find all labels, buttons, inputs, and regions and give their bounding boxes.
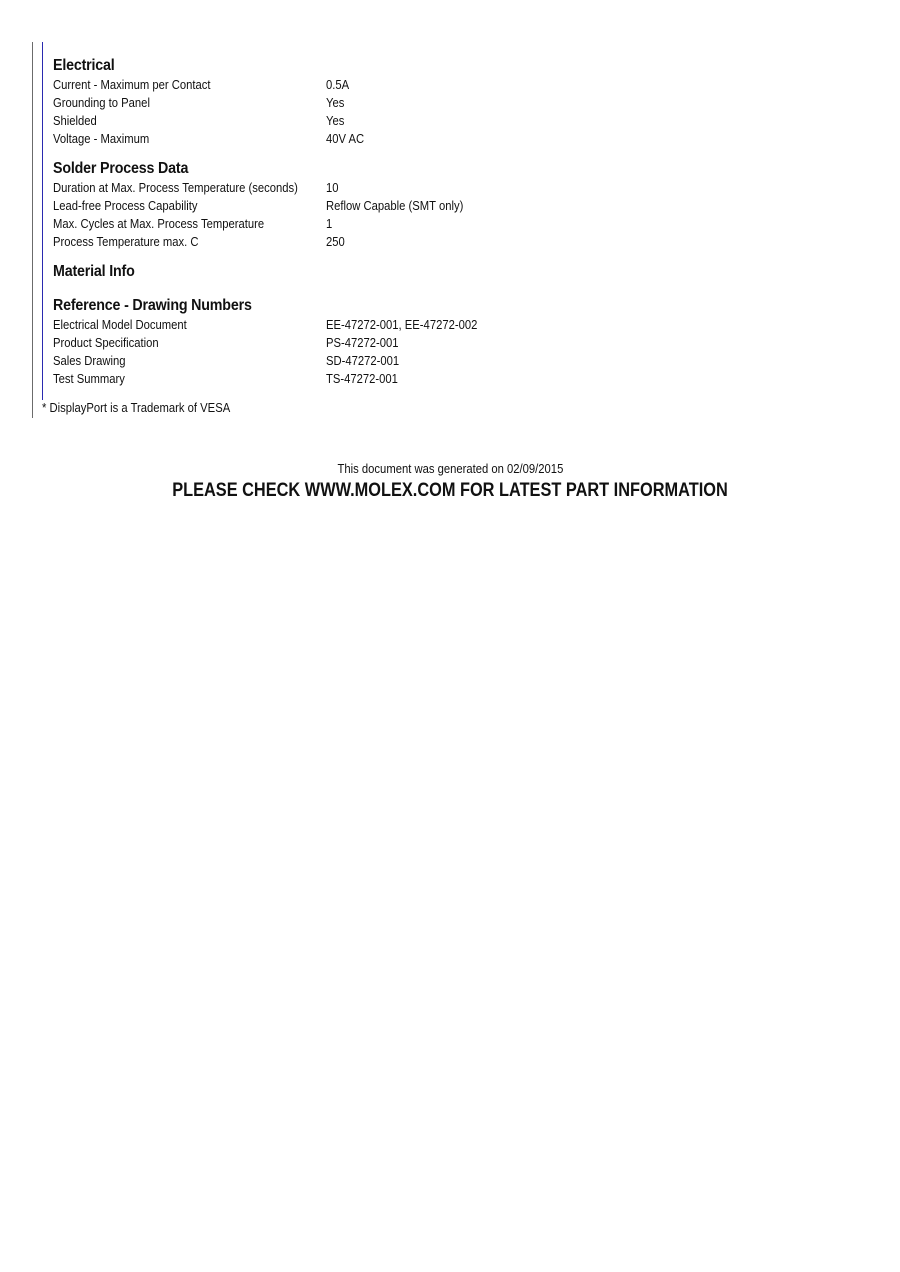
spec-value: Yes [326,94,344,112]
spec-row: Sales Drawing SD-47272-001 [53,352,653,370]
spec-row: Process Temperature max. C 250 [53,233,653,251]
spec-value: Yes [326,112,344,130]
spec-row: Voltage - Maximum 40V AC [53,130,653,148]
spec-row: Test Summary TS-47272-001 [53,370,653,388]
spec-value: 0.5A [326,76,349,94]
trademark-footnote: * DisplayPort is a Trademark of VESA [42,399,230,417]
spec-row: Shielded Yes [53,112,653,130]
section-reference-drawing-numbers: Reference - Drawing Numbers Electrical M… [53,295,653,388]
spec-label: Process Temperature max. C [53,233,299,251]
spec-value: SD-47272-001 [326,352,399,370]
spec-row: Lead-free Process Capability Reflow Capa… [53,197,653,215]
spec-value: 1 [326,215,332,233]
spec-label: Test Summary [53,370,299,388]
spec-label: Product Specification [53,334,299,352]
spec-label: Sales Drawing [53,352,299,370]
spec-content: Electrical Current - Maximum per Contact… [53,55,653,398]
check-website-text: PLEASE CHECK WWW.MOLEX.COM FOR LATEST PA… [172,479,728,503]
inner-margin-bar [42,42,43,400]
spec-row: Grounding to Panel Yes [53,94,653,112]
section-title: Reference - Drawing Numbers [53,295,605,316]
spec-label: Lead-free Process Capability [53,197,299,215]
section-title: Electrical [53,55,605,76]
spec-value: TS-47272-001 [326,370,398,388]
spec-label: Grounding to Panel [53,94,299,112]
spec-row: Current - Maximum per Contact 0.5A [53,76,653,94]
spec-value: 250 [326,233,345,251]
spec-label: Voltage - Maximum [53,130,299,148]
spec-row: Product Specification PS-47272-001 [53,334,653,352]
spec-value: 40V AC [326,130,364,148]
outer-margin-bar [32,42,33,418]
generated-date-text: This document was generated on 02/09/201… [337,460,563,478]
spec-value: PS-47272-001 [326,334,399,352]
spec-value: Reflow Capable (SMT only) [326,197,463,215]
spec-label: Electrical Model Document [53,316,299,334]
spec-label: Duration at Max. Process Temperature (se… [53,179,299,197]
spec-value: EE-47272-001, EE-47272-002 [326,316,477,334]
generated-date-line: This document was generated on 02/09/201… [0,460,900,478]
spec-label: Max. Cycles at Max. Process Temperature [53,215,299,233]
check-website-notice: PLEASE CHECK WWW.MOLEX.COM FOR LATEST PA… [0,479,900,503]
spec-row: Max. Cycles at Max. Process Temperature … [53,215,653,233]
section-material-info: Material Info [53,261,653,282]
spec-value: 10 [326,179,339,197]
section-title: Material Info [53,261,605,282]
spec-row: Electrical Model Document EE-47272-001, … [53,316,653,334]
section-solder-process-data: Solder Process Data Duration at Max. Pro… [53,158,653,251]
section-electrical: Electrical Current - Maximum per Contact… [53,55,653,148]
spec-label: Current - Maximum per Contact [53,76,299,94]
section-title: Solder Process Data [53,158,605,179]
spec-row: Duration at Max. Process Temperature (se… [53,179,653,197]
spec-label: Shielded [53,112,299,130]
